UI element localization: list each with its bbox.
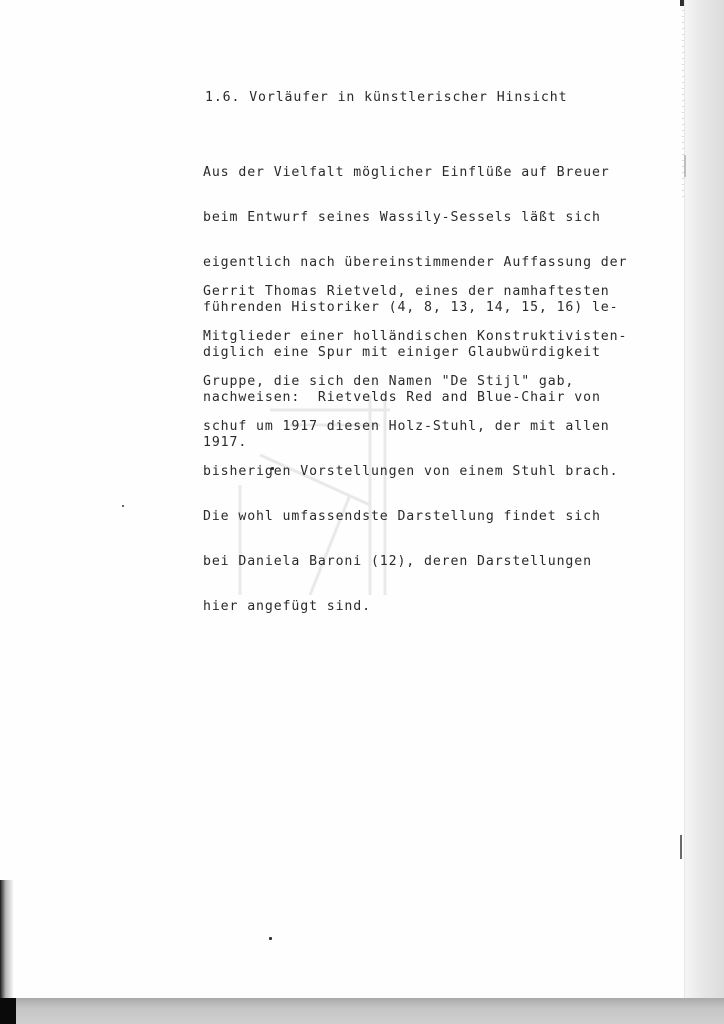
paragraph-2: Gerrit Thomas Rietveld, eines der namhaf… [203,254,627,644]
scan-corner-black [0,998,16,1024]
text-line: Die wohl umfassendste Darstellung findet… [203,509,627,524]
text-line: beim Entwurf seines Wassily-Sessels läßt… [203,210,627,225]
margin-mark-bottom [680,835,682,859]
page-left-shadow [0,880,14,998]
scan-speck [122,505,124,507]
text-line: hier angefügt sind. [203,599,627,614]
text-line: Gerrit Thomas Rietveld, eines der namhaf… [203,284,627,299]
text-line: bei Daniela Baroni (12), deren Darstellu… [203,554,627,569]
section-heading: 1.6. Vorläufer in künstlerischer Hinsich… [205,90,567,105]
margin-mark-top [684,155,686,177]
text-line: bisherigen Vorstellungen von einem Stuhl… [203,464,627,479]
scan-speck [269,937,272,940]
scanned-page: 1.6. Vorläufer in künstlerischer Hinsich… [0,0,724,1024]
page-right-edge-shadow [684,0,724,1024]
text-line: Mitglieder einer holländischen Konstrukt… [203,329,627,344]
text-line: Gruppe, die sich den Namen "De Stijl" ga… [203,374,627,389]
text-line: schuf um 1917 diesen Holz-Stuhl, der mit… [203,419,627,434]
page-bottom-edge-shadow [0,998,724,1024]
text-line: Aus der Vielfalt möglicher Einflüße auf … [203,165,627,180]
page-edge-line [684,0,685,1000]
